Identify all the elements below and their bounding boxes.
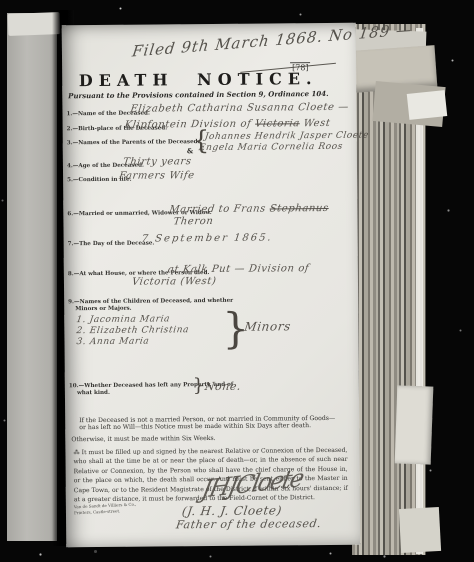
struck-word: Victoria <box>254 118 300 129</box>
crumpled-paper-right-2 <box>399 507 441 553</box>
field-value-age: Thirty years <box>122 156 192 168</box>
left-page-edge <box>7 13 57 541</box>
field-value-place-line2: Victoria (West) <box>131 276 217 288</box>
footnote-six-days: If the Deceased is not a married Person,… <box>79 415 335 431</box>
printer-imprint: Van de Sandt de Villiers & Co., Printers… <box>74 502 137 516</box>
child-item-2: 2. Elizabeth Christina <box>76 325 190 336</box>
signature-name: (J. H. J. Cloete) <box>181 503 283 518</box>
photo-background: { "colors": { "ink": "#4b4741", "paper":… <box>0 0 474 562</box>
child-item-1: 1. Jacomina Maria <box>76 314 171 325</box>
field-value-parent-2: Engela Maria Cornelia Roos <box>198 142 343 153</box>
field-value-parent-1: Johannes Hendrik Jasper Cloete <box>204 131 369 142</box>
field-value-condition: Farmers Wife <box>118 170 195 182</box>
field-value-day: 7 September 1865. <box>141 232 273 244</box>
field-value-property: None. <box>204 380 242 393</box>
crumpled-paper-right-1 <box>395 385 434 464</box>
field-value-married: Married to Frans Stephanus <box>169 203 330 215</box>
parents-ampersand: & <box>187 146 193 155</box>
field-label-children-line2: Minors or Majors. <box>75 306 131 312</box>
field-label-property-line2: what kind. <box>77 390 110 396</box>
footnote-six-weeks: Otherwise, it must be made within Six We… <box>71 435 215 443</box>
crumpled-paper-top-4 <box>407 90 448 120</box>
field-label-children-line1: 9.—Names of the Children of Deceased, an… <box>68 298 233 305</box>
struck-word: Stephanus <box>269 203 329 215</box>
field-value-birthplace: Klipfontein Division of Victoria West <box>124 118 331 131</box>
document-subtitle: Pursuant to the Provisions contained in … <box>62 89 334 100</box>
document-title: DEATH NOTICE. <box>62 69 334 90</box>
field-value-place-line1: at Kalk Put — Division of <box>167 263 310 275</box>
field-value-married-line2: Theron <box>173 216 214 227</box>
child-item-3: 3. Anna Maria <box>76 337 150 348</box>
field-value-name: Elizabeth Catharina Susanna Cloete — <box>130 102 350 115</box>
document-page: Filed 9th March 1868. No 189 — [78] DEAT… <box>62 23 361 548</box>
field-label-parents: 3.—Names of the Parents of the Deceased. <box>67 139 200 146</box>
film-speckles <box>0 0 1 1</box>
signature-relation: Father of the deceased. <box>175 517 322 531</box>
property-brace: } <box>193 377 205 395</box>
children-minors-note: Minors <box>243 319 291 333</box>
